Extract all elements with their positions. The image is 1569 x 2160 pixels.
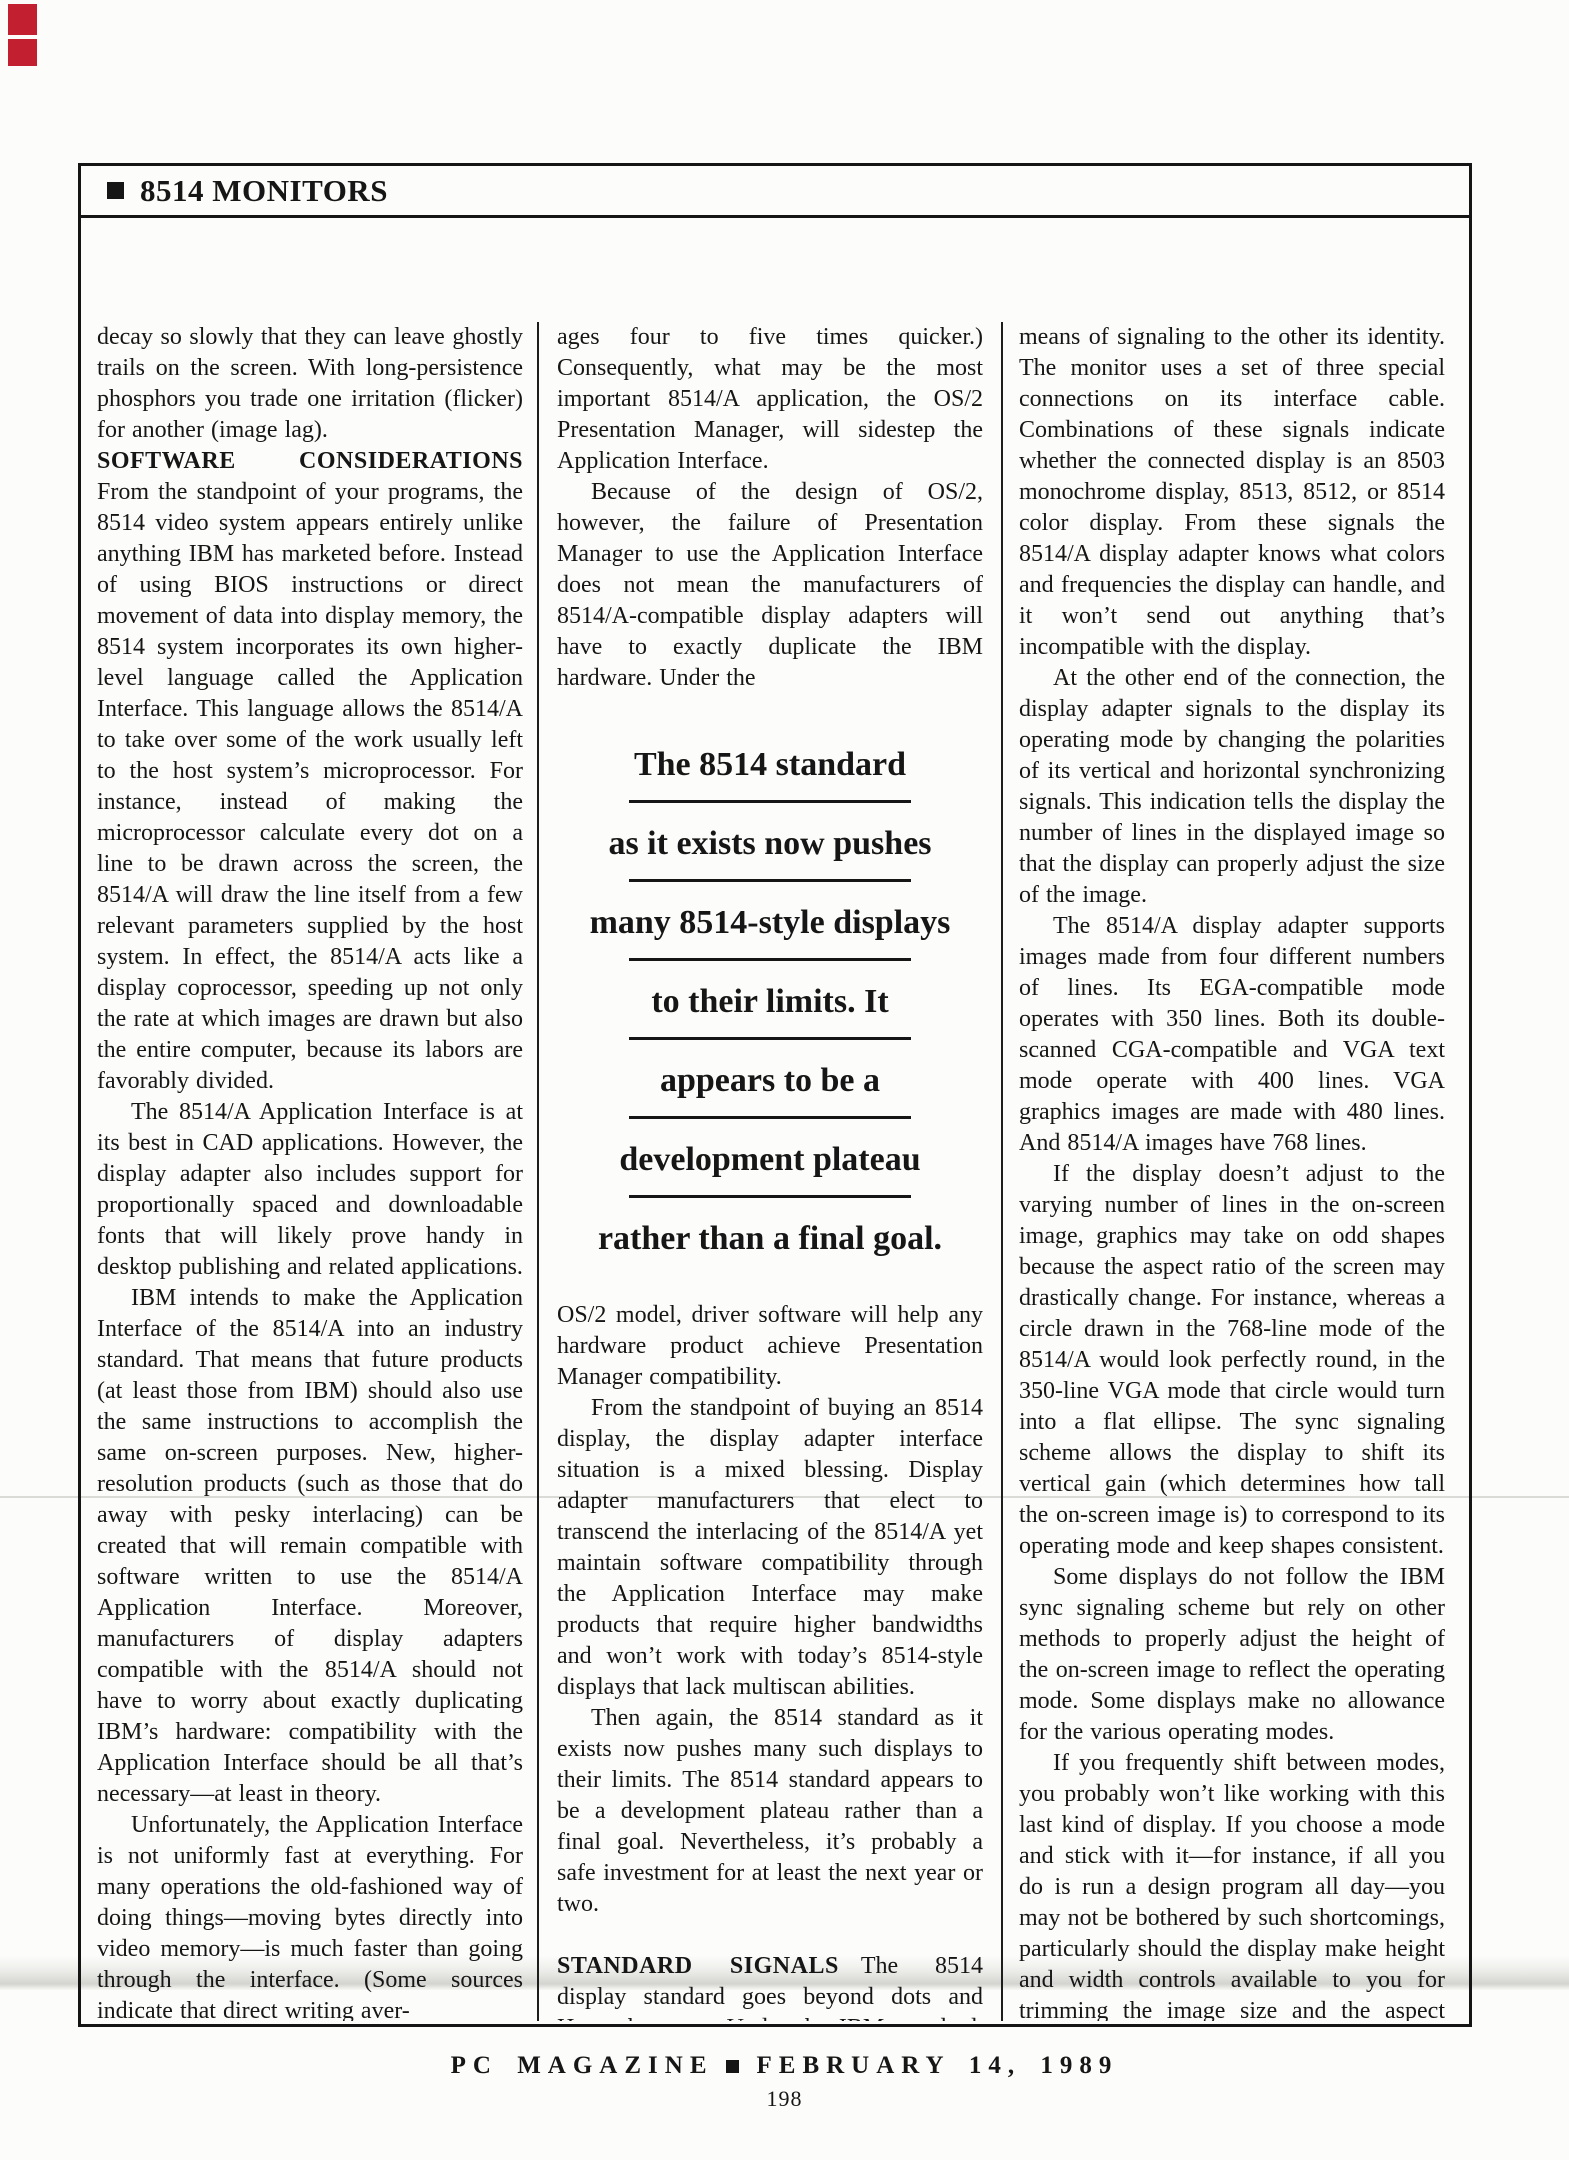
footer-page-number: 198 xyxy=(0,2086,1569,2112)
section-heading-software-considerations: SOFTWARE CONSIDERATIONS xyxy=(97,446,523,477)
footer-magazine-name: PC MAGAZINE xyxy=(451,2052,714,2079)
paragraph: The 8514/A display adapter supports imag… xyxy=(1019,911,1445,1159)
paragraph: IBM intends to make the Application Inte… xyxy=(97,1283,523,1810)
paragraph: ages four to five times quicker.) Conseq… xyxy=(557,322,983,477)
column-1: decay so slowly that they can leave ghos… xyxy=(81,322,537,2021)
pull-quote-line: appears to be a xyxy=(557,1040,983,1116)
paragraph: Because of the design of OS/2, however, … xyxy=(557,477,983,694)
pull-quote-line: development plateau xyxy=(557,1119,983,1195)
article-frame: 8514 MONITORS decay so slowly that they … xyxy=(78,163,1472,2027)
paragraph: means of signaling to the other its iden… xyxy=(1019,322,1445,663)
paragraph: Some displays do not follow the IBM sync… xyxy=(1019,1562,1445,1748)
scan-artifact-red-mark-top xyxy=(8,4,37,35)
scan-artifact-red-mark-bottom xyxy=(8,39,37,66)
paragraph: OS/2 model, driver software will help an… xyxy=(557,1300,983,1393)
column-2: ages four to five times quicker.) Conseq… xyxy=(539,322,1001,2021)
pull-quote-line: many 8514-style displays xyxy=(557,882,983,958)
pull-quote: The 8514 standard as it exists now pushe… xyxy=(557,724,983,1274)
pull-quote-line: to their limits. It xyxy=(557,961,983,1037)
paragraph: At the other end of the connection, the … xyxy=(1019,663,1445,911)
page-title: 8514 MONITORS xyxy=(140,173,388,209)
article-masthead: 8514 MONITORS xyxy=(81,166,1469,218)
paragraph: decay so slowly that they can leave ghos… xyxy=(97,322,523,446)
footer-date: FEBRUARY 14, 1989 xyxy=(757,2052,1119,2079)
square-bullet-icon xyxy=(107,182,124,199)
magazine-page-scan: 8514 MONITORS decay so slowly that they … xyxy=(0,0,1569,2160)
footer-running-head: PC MAGAZINEFEBRUARY 14, 1989 xyxy=(0,2052,1569,2080)
paragraph: If you frequently shift between modes, y… xyxy=(1019,1748,1445,2021)
paragraph: The 8514/A Application Interface is at i… xyxy=(97,1097,523,1283)
paragraph: If the display doesn’t adjust to the var… xyxy=(1019,1159,1445,1562)
paragraph: Unfortunately, the Application Interface… xyxy=(97,1810,523,2021)
pull-quote-line: rather than a final goal. xyxy=(557,1198,983,1274)
paragraph: From the standpoint of buying an 8514 di… xyxy=(557,1393,983,1703)
pull-quote-line: The 8514 standard xyxy=(557,724,983,800)
section-heading-standard-signals: STANDARD SIGNALS xyxy=(557,1953,861,1979)
column-3: means of signaling to the other its iden… xyxy=(1003,322,1469,2021)
article-columns: decay so slowly that they can leave ghos… xyxy=(81,322,1469,2021)
paragraph: Then again, the 8514 standard as it exis… xyxy=(557,1703,983,1920)
paragraph: From the standpoint of your programs, th… xyxy=(97,477,523,1097)
paragraph-standard-signals: STANDARD SIGNALSThe 8514 display standar… xyxy=(557,1951,983,2021)
footer-square-bullet-icon xyxy=(726,2060,739,2073)
pull-quote-line: as it exists now pushes xyxy=(557,803,983,879)
